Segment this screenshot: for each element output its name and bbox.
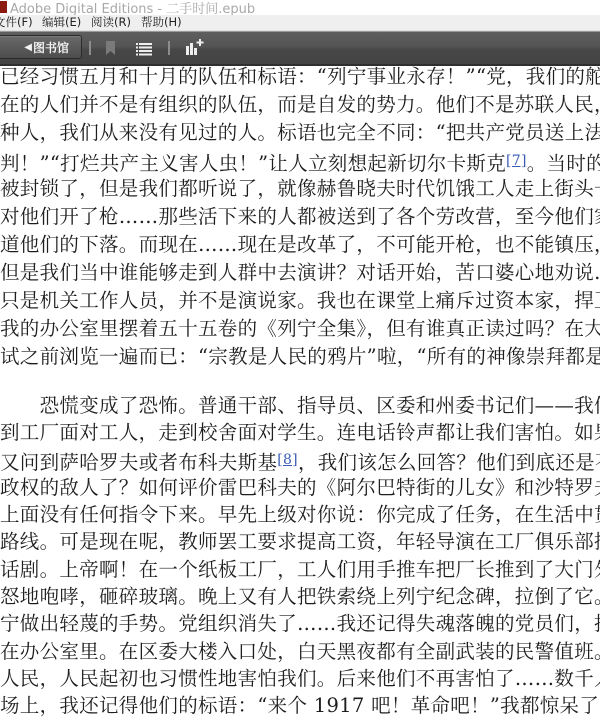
book-content: 已经习惯五月和十月的队伍和标语：“列宁事业永存！”“党，我们的舵手。” 在的人们… xyxy=(0,65,600,719)
library-label: 图书馆 xyxy=(33,39,69,56)
text-span: 。当时的消 xyxy=(527,152,600,175)
toolbar-divider xyxy=(168,41,170,55)
toc-list-icon[interactable] xyxy=(136,41,152,60)
library-button[interactable]: ◀ 图书馆 xyxy=(0,35,82,59)
menu-bar: 文件(F) 编辑(E) 阅读(R) 帮助(H) xyxy=(0,15,600,31)
back-arrow-icon: ◀ xyxy=(24,42,32,53)
text-line: 到工厂面对工人，走到校舍面对学生。连电话铃声都让我们害怕。如果他们 xyxy=(0,419,600,446)
title-bar: Adobe Digital Editions - 二手时间.epub xyxy=(0,0,600,15)
paragraph-gap xyxy=(0,371,600,392)
menu-file[interactable]: 文件(F) xyxy=(0,15,33,30)
text-line: 已经习惯五月和十月的队伍和标语：“列宁事业永存！”“党，我们的舵手。” xyxy=(0,63,600,91)
footnote-link-8[interactable]: [8] xyxy=(277,452,298,468)
text-line: 判！”“打烂共产主义害人虫！”让人立刻想起新切尔卡斯克[7]。当时的消 xyxy=(0,147,600,175)
text-line: 人民，人民起初也习惯性地害怕我们。后来他们不再害怕了……数千人聚集 xyxy=(0,665,600,692)
app-icon xyxy=(0,1,7,13)
text-line: 场上，我还记得他们的标语：“来个 1917 吧！革命吧！”我都惊呆了。专业 xyxy=(0,692,600,719)
text-line: 又问到萨哈罗夫或者布科夫斯基[8]，我们该怎么回答？他们到底还是不是苏 xyxy=(0,447,600,474)
paragraph: 恐慌变成了恐怖。普通干部、指导员、区委和州委书记们——我们都不 到工厂面对工人，… xyxy=(0,392,600,719)
text-line: 但是我们当中谁能够走到人群中去演讲？对话开始，苦口婆心地劝说……但 xyxy=(0,259,600,287)
text-span: 判！”“打烂共产主义害人虫！”让人立刻想起新切尔卡斯克 xyxy=(0,152,506,175)
text-line: 试之前浏览一遍而已：“宗教是人民的鸦片”啦，“所有的神像崇拜都是恋尸癖 xyxy=(0,343,600,371)
bookmark-icon[interactable] xyxy=(106,40,115,59)
text-size-icon[interactable] xyxy=(186,39,204,59)
text-span: 又问到萨哈罗夫或者布科夫斯基 xyxy=(0,451,277,474)
text-line: 在的人们并不是有组织的队伍，而是自发的势力。他们不是苏联人民，而是 xyxy=(0,91,600,119)
text-line: 上面没有任何指令下来。早先上级对你说：你完成了任务，在生活中贯彻了 xyxy=(0,501,600,528)
text-line: 我的办公室里摆着五十五卷的《列宁全集》，但有谁真正读过吗？在大学里都 xyxy=(0,315,600,343)
window-title: Adobe Digital Editions - 二手时间.epub xyxy=(10,0,255,15)
text-line: 道他们的下落。而现在……现在是改革了，不可能开枪，也不能镇压，必须对 xyxy=(0,231,600,259)
text-line: 在办公室里。在区委大楼入口处，白天黑夜都有全副武装的民警值班。我们 xyxy=(0,638,600,665)
menu-edit[interactable]: 编辑(E) xyxy=(42,15,81,30)
text-line: 话剧。上帝啊！在一个纸板工厂，工人们用手推车把厂长推到了大门外。他 xyxy=(0,556,600,583)
toolbar: ◀ 图书馆 xyxy=(0,31,600,66)
text-line: 种人，我们从来没有见过的人。标语也完全不同：“把共产党员送上法 xyxy=(0,119,600,147)
paragraph: 已经习惯五月和十月的队伍和标语：“列宁事业永存！”“党，我们的舵手。” 在的人们… xyxy=(0,63,600,371)
text-line: 恐慌变成了恐怖。普通干部、指导员、区委和州委书记们——我们都不 xyxy=(0,392,600,419)
text-line: 对他们开了枪……那些活下来的人都被送到了各个劳改营，至今他们家人也 xyxy=(0,203,600,231)
toolbar-divider xyxy=(89,41,91,55)
text-line: 路线。可是现在呢，教师罢工要求提高工资，年轻导演在工厂俱乐部排练被 xyxy=(0,528,600,555)
text-line: 被封锁了，但是我们都听说了，就像赫鲁晓夫时代饥饿工人走上街头一样， xyxy=(0,175,600,203)
text-line: 只是机关工作人员，并不是演说家。我也在课堂上痛斥过资本家，捍卫美国黑 xyxy=(0,287,600,315)
text-line: 宁做出轻蔑的手势。党组织消失了……我还记得失魂落魄的党员们，拉下窗 xyxy=(0,610,600,637)
menu-help[interactable]: 帮助(H) xyxy=(141,15,182,30)
menu-read[interactable]: 阅读(R) xyxy=(91,15,131,30)
footnote-link-7[interactable]: [7] xyxy=(506,153,527,169)
text-line: 政权的敌人了？如何评价雷巴科夫的《阿尔巴特街的儿女》和沙特罗夫的短剧 xyxy=(0,474,600,501)
text-span: ，我们该怎么回答？他们到底还是不是苏 xyxy=(298,451,600,474)
text-line: 怒地咆哮，砸碎玻璃。晚上又有人把铁索绕上列宁纪念碑，拉倒了它。人群 xyxy=(0,583,600,610)
